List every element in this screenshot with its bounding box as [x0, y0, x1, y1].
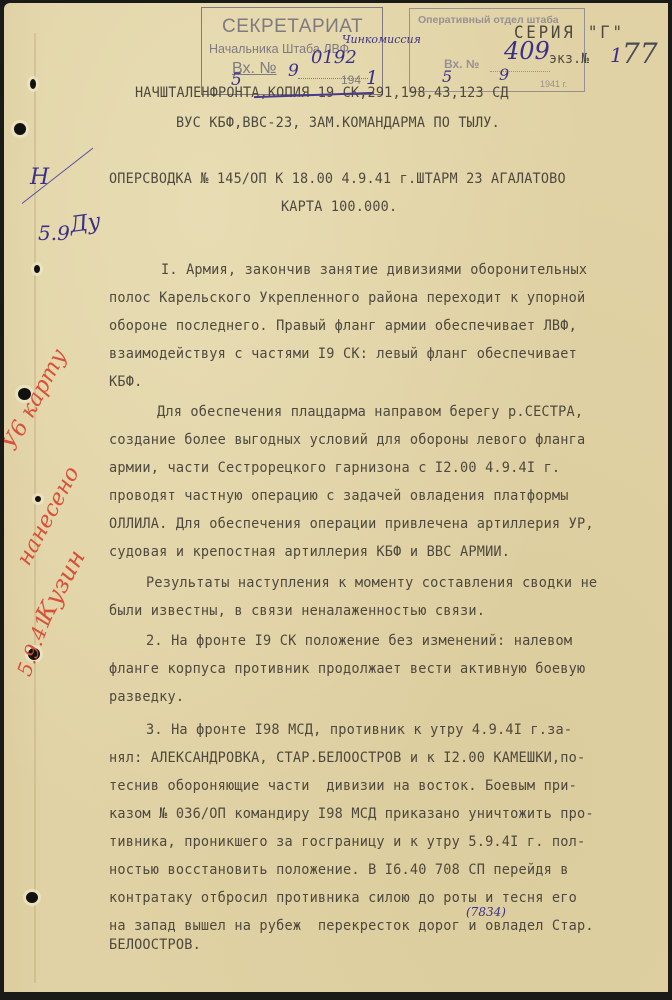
body-line: взаимодействуя с частями I9 СК: левый фл…	[109, 345, 577, 362]
body-line: I. Армия, закончив занятие дивизиями обо…	[161, 261, 587, 278]
series-copy-number: 1	[610, 43, 623, 67]
body-line: полос Карельского Укрепленного района пе…	[109, 289, 585, 306]
operations-date-month: 9	[499, 65, 509, 84]
body-line: были известны, в связи неналаженностью с…	[109, 602, 485, 619]
document-page: СЕКРЕТАРИАТ Начальника Штаба ЛВФ Вх. № Ч…	[4, 3, 668, 992]
report-title: ОПЕРСВОДКА № 145/ОП К 18.00 4.9.41 г.ШТА…	[109, 171, 566, 187]
body-line: обороне последнего. Правый фланг армии о…	[109, 317, 577, 334]
body-line: проводят частную операцию с задачей овла…	[109, 487, 569, 504]
body-line: 3. На фронте I98 МСД, противник к утру 4…	[146, 721, 572, 738]
series-hand-number: 77	[622, 37, 658, 70]
body-line: ОЛЛИЛА. Для обеспечения операции привлеч…	[109, 515, 594, 532]
punch-hole	[35, 496, 41, 502]
red-note-line-1: У6 карту	[4, 345, 72, 455]
body-line: 2. На фронте I9 СК положение без изменен…	[146, 632, 572, 649]
body-line: создание более выгодных условий для обор…	[109, 431, 585, 448]
body-line: армии, части Сестрорецкого гарнизона с I…	[109, 459, 560, 476]
body-line: БЕЛООСТРОВ.	[109, 936, 201, 953]
punch-hole	[34, 265, 40, 273]
margin-initial: Н	[30, 165, 49, 190]
body-line: судовая и крепостная артиллерия КБФ и ВВ…	[109, 543, 510, 560]
body-line: тивника, проникшего за госграницу и к ут…	[109, 833, 585, 850]
secretariat-in-number: 0192	[311, 47, 357, 68]
secretariat-date-month: 9	[288, 61, 299, 81]
punch-hole	[26, 892, 38, 903]
body-line: Для обеспечения плацдарма направом берег…	[157, 403, 583, 420]
punch-hole	[30, 79, 36, 89]
series-copy-label: экз.№	[549, 51, 589, 67]
operations-year: 1941 г.	[540, 79, 567, 89]
margin-date: 5.9	[38, 221, 70, 245]
recipients-line-2: ВУС КБФ,ВВС-23, ЗАМ.КОМАНДАРМА ПО ТЫЛУ.	[176, 115, 500, 131]
body-line: Результаты наступления к моменту составл…	[146, 574, 597, 591]
punch-hole	[14, 123, 26, 135]
margin-signature: Ду	[68, 209, 102, 238]
red-note-date: 5.9.41	[12, 611, 56, 679]
report-map-scale: КАРТА 100.000.	[281, 199, 397, 215]
body-line: казом № 036/ОП командиру I98 МСД приказа…	[109, 805, 594, 822]
body-line: КБФ.	[109, 373, 142, 390]
operations-in-number: 409	[504, 37, 550, 65]
body-line: на запад вышел на рубеж перекресток доро…	[109, 917, 594, 934]
body-line: разведку.	[109, 688, 184, 705]
operations-date-day: 5	[442, 67, 452, 86]
body-line: теснив обороняющие части дивизии на вост…	[109, 777, 577, 794]
body-line: фланге корпуса противник продолжает вест…	[109, 660, 585, 677]
body-line: ностью восстановить положение. В I6.40 7…	[109, 861, 569, 878]
body-line: нял: АЛЕКСАНДРОВКА, СТАР.БЕЛООСТРОВ и к …	[109, 749, 585, 766]
body-line: контратаку отбросил противника силою до …	[109, 889, 577, 906]
